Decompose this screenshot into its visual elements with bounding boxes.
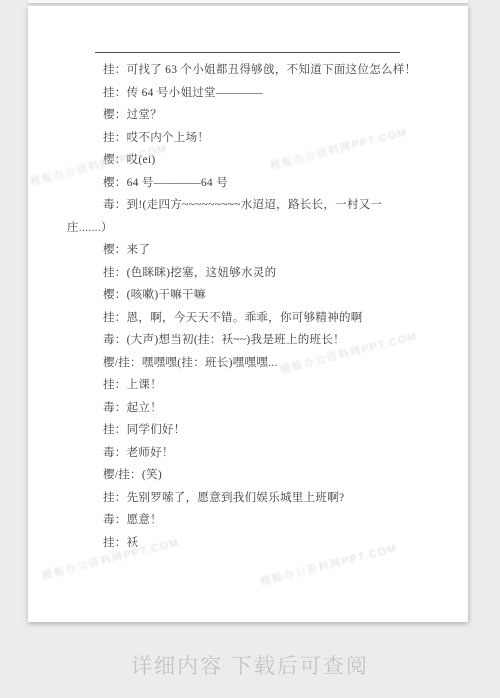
dialogue-line: 挂：同学们好！ <box>67 419 432 442</box>
dialogue-line: 樱：来了 <box>67 239 432 262</box>
document-sheet: 挂：可找了 63 个小姐都丑得够戗，不知道下面这位怎么样！ 挂：传 64 号小姐… <box>28 6 468 622</box>
dialogue-line: 毒：愿意！ <box>67 509 432 532</box>
dialogue-line: 樱/挂：(笑) <box>67 464 432 487</box>
dialogue-line: 樱：哎(ei) <box>67 149 432 172</box>
dialogue-area: 挂：可找了 63 个小姐都丑得够戗，不知道下面这位怎么样！ 挂：传 64 号小姐… <box>28 59 468 554</box>
dialogue-line: 挂：先别罗嗦了，愿意到我们娱乐城里上班啊? <box>67 487 432 510</box>
dialogue-line: 毒：老师好！ <box>67 442 432 465</box>
dialogue-line: 挂：传 64 号小姐过堂———— <box>67 82 432 105</box>
dialogue-line: 樱：(咳嗽)干嘛干嘛 <box>67 284 432 307</box>
dialogue-line: 樱/挂：嘿嘿嘿(挂：班长)嘿嘿嘿... <box>67 352 432 375</box>
dialogue-line: 毒：起立！ <box>67 397 432 420</box>
header-rule <box>95 52 400 53</box>
dialogue-line: 挂：恩，啊，今天天不错。乖乖，你可够精神的啊 <box>67 307 432 330</box>
dialogue-line: 挂：哎不内个上场！ <box>67 127 432 150</box>
dialogue-line: 挂：袄 <box>67 532 432 555</box>
dialogue-line: 挂：上课！ <box>67 374 432 397</box>
dialogue-line: 毒：(大声)想当初(挂：袄~~)我是班上的班长！ <box>67 329 432 352</box>
dialogue-line: 挂：可找了 63 个小姐都丑得够戗，不知道下面这位怎么样！ <box>67 59 432 82</box>
dialogue-line: 挂：(色眯眯)挖塞，这妞够水灵的 <box>67 262 432 285</box>
previous-page-edge <box>28 0 468 3</box>
document-preview-viewport: 挂：可找了 63 个小姐都丑得够戗，不知道下面这位怎么样！ 挂：传 64 号小姐… <box>0 0 500 698</box>
dialogue-line: 樱：64 号————64 号 <box>67 172 432 195</box>
download-hint: 详细内容 下载后可查阅 <box>0 650 500 680</box>
dialogue-line: 毒：到!(走四方~~~~~~~~~水迢迢，路长长，一村又一 庄.......） <box>67 194 432 239</box>
dialogue-line: 樱：过堂？ <box>67 104 432 127</box>
